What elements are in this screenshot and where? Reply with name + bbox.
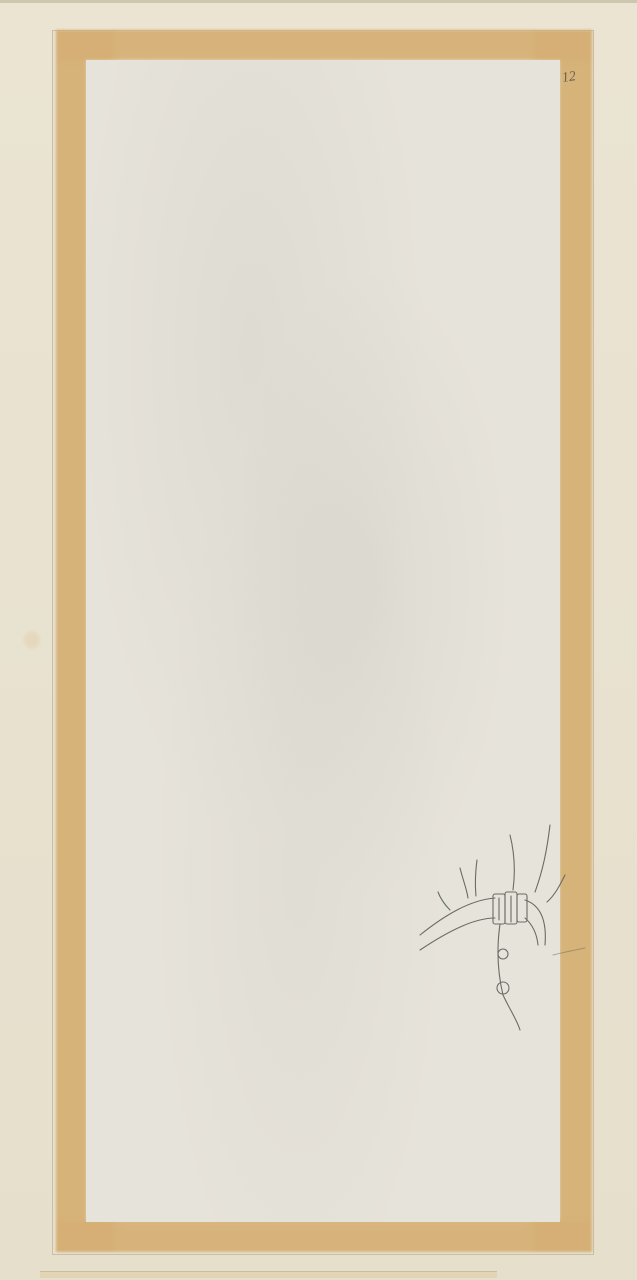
- top-edge-line: [0, 0, 637, 3]
- pencil-sketch-horn: [405, 820, 605, 1060]
- pencil-page-number: 12: [561, 69, 577, 87]
- bottom-mount-edge: [40, 1271, 497, 1278]
